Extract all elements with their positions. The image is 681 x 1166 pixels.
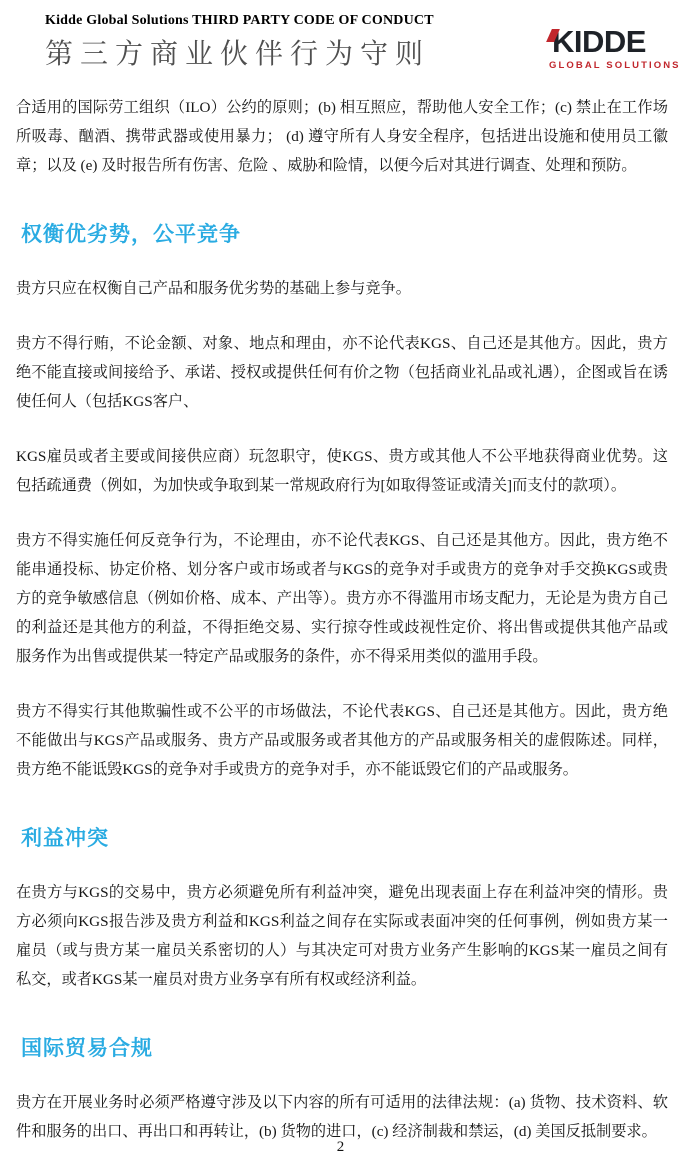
section-heading: 利益冲突: [21, 822, 668, 852]
paragraph: 合适用的国际劳工组织（ILO）公约的原则；(b) 相互照应，帮助他人安全工作；(…: [16, 93, 668, 180]
paragraph: 贵方在开展业务时必须严格遵守涉及以下内容的所有可适用的法律法规：(a) 货物、技…: [16, 1088, 668, 1146]
logo-brand-text: KIDDE: [552, 24, 646, 59]
section-intro: 合适用的国际劳工组织（ILO）公约的原则；(b) 相互照应，帮助他人安全工作；(…: [16, 93, 668, 180]
section-heading: 权衡优劣势，公平竞争: [21, 218, 668, 248]
logo-brand: KIDDE: [549, 26, 673, 57]
document-body: 合适用的国际劳工组织（ILO）公约的原则；(b) 相互照应，帮助他人安全工作；(…: [0, 93, 681, 1146]
logo-tagline: GLOBAL SOLUTIONS: [549, 60, 673, 71]
page-header: Kidde Global Solutions THIRD PARTY CODE …: [0, 0, 681, 85]
kidde-logo: KIDDE GLOBAL SOLUTIONS: [549, 26, 673, 71]
section-conflict-of-interest: 利益冲突 在贵方与KGS的交易中，贵方必须避免所有利益冲突，避免出现表面上存在利…: [16, 822, 668, 994]
section-trade-compliance: 国际贸易合规 贵方在开展业务时必须严格遵守涉及以下内容的所有可适用的法律法规：(…: [16, 1032, 668, 1146]
paragraph: 贵方不得行贿，不论金额、对象、地点和理由，亦不论代表KGS、自己还是其他方。因此…: [16, 329, 668, 416]
paragraph: 贵方不得实施任何反竞争行为，不论理由，亦不论代表KGS、自己还是其他方。因此，贵…: [16, 526, 668, 671]
paragraph: 在贵方与KGS的交易中，贵方必须避免所有利益冲突，避免出现表面上存在利益冲突的情…: [16, 878, 668, 994]
page-number: 2: [0, 1139, 681, 1156]
section-fair-competition: 权衡优劣势，公平竞争 贵方只应在权衡自己产品和服务优劣势的基础上参与竞争。 贵方…: [16, 218, 668, 784]
section-heading: 国际贸易合规: [21, 1032, 668, 1062]
paragraph: KGS雇员或者主要或间接供应商）玩忽职守，使KGS、贵方或其他人不公平地获得商业…: [16, 442, 668, 500]
paragraph: 贵方只应在权衡自己产品和服务优劣势的基础上参与竞争。: [16, 274, 668, 303]
paragraph: 贵方不得实行其他欺骗性或不公平的市场做法，不论代表KGS、自己还是其他方。因此，…: [16, 697, 668, 784]
